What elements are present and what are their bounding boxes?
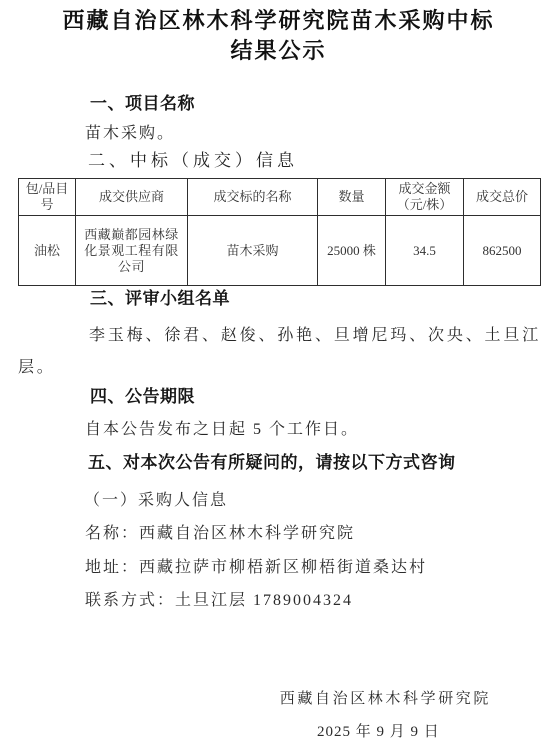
footer-date: 2025 年 9 月 9 日: [317, 720, 440, 738]
table-header-row: 包/品目号 成交供应商 成交标的名称 数量 成交金额（元/株） 成交总价: [19, 179, 541, 216]
col-header-quantity: 数量: [318, 179, 386, 216]
section-5-heading: 五、对本次公告有所疑问的，请按以下方式咨询: [88, 453, 456, 473]
col-header-supplier: 成交供应商: [76, 179, 188, 216]
cell-total-price: 862500: [464, 216, 541, 286]
cell-subject: 苗木采购: [188, 216, 318, 286]
buyer-info-subheading: （一）采购人信息: [84, 487, 228, 510]
section-1-heading: 一、项目名称: [90, 94, 195, 114]
buyer-address-line: 地址：西藏拉萨市柳梧新区柳梧街道桑达村: [85, 554, 427, 577]
project-name-text: 苗木采购。: [85, 124, 175, 144]
col-header-total-price: 成交总价: [464, 179, 541, 216]
section-2-heading: 二、中标（成交）信息: [88, 151, 298, 171]
col-header-package: 包/品目号: [19, 179, 76, 216]
col-header-unit-price: 成交金额（元/株）: [386, 179, 464, 216]
cell-supplier: 西藏巅都园林绿化景观工程有限公司: [76, 216, 188, 286]
award-info-table: 包/品目号 成交供应商 成交标的名称 数量 成交金额（元/株） 成交总价 油松 …: [18, 178, 541, 286]
cell-unit-price: 34.5: [386, 216, 464, 286]
section-4-heading: 四、公告期限: [90, 387, 195, 407]
buyer-name-line: 名称：西藏自治区林木科学研究院: [85, 520, 355, 543]
table-row: 油松 西藏巅都园林绿化景观工程有限公司 苗木采购 25000 株 34.5 86…: [19, 216, 541, 286]
review-panel-names: 李玉梅、徐君、赵俊、孙艳、旦增尼玛、次央、土旦江层。: [18, 320, 541, 384]
cell-quantity: 25000 株: [318, 216, 386, 286]
cell-package: 油松: [19, 216, 76, 286]
announcement-document: 西藏自治区林木科学研究院苗木采购中标结果公示 一、项目名称 苗木采购。 二、中标…: [0, 0, 557, 738]
col-header-subject: 成交标的名称: [188, 179, 318, 216]
page-title: 西藏自治区林木科学研究院苗木采购中标结果公示: [0, 6, 557, 66]
section-3-heading: 三、评审小组名单: [90, 289, 230, 309]
notice-period-text: 自本公告发布之日起 5 个工作日。: [85, 420, 359, 440]
footer-org-name: 西藏自治区林木科学研究院: [280, 687, 491, 708]
buyer-contact-line: 联系方式：土旦江层 1789004324: [85, 587, 353, 610]
